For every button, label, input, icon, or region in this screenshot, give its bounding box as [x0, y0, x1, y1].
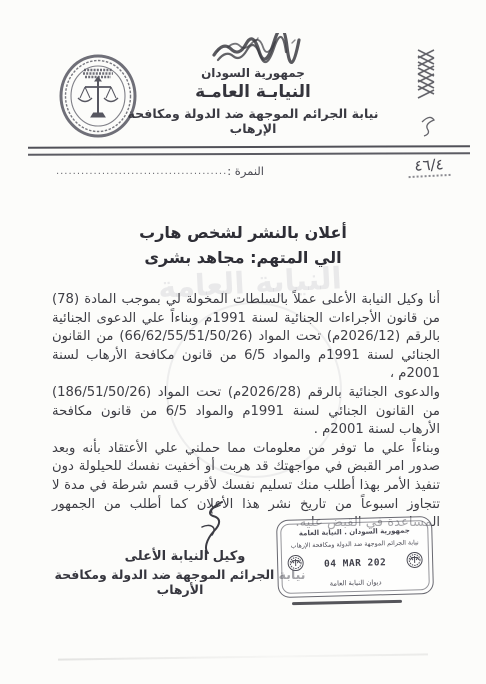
- signer-role: وكيل النيابة الأعلى: [75, 549, 295, 564]
- stamp-seal-left-icon: [406, 551, 424, 572]
- reference-leader-dots: ........................................…: [55, 166, 227, 177]
- stamp-line-1: جمهورية السودان . النيابة العامة: [285, 526, 423, 538]
- stamp-seal-right-icon: [287, 554, 305, 575]
- scanned-document-page: جمهورية السودان النيابـة العامـة نيابة ا…: [0, 0, 486, 684]
- notice-title: أعلان بالنشر لشخص هارب: [0, 221, 486, 246]
- stamp-line-2: نيابة الجرائم الموجهة ضد الدولة ومكافحة …: [286, 539, 424, 550]
- reference-number-handwritten: ٤٦/٤: [386, 154, 473, 176]
- legal-paragraph-1: أنا وكيل النيابة الأعلى عملاً بالسلطات ا…: [52, 291, 440, 384]
- stamp-footer-line: ديوان النيابة العامة: [287, 577, 425, 589]
- header-divider: [28, 145, 470, 156]
- org-title: النيابـة العامـة: [118, 82, 388, 102]
- dept-title: نيابة الجرائم الموجهة ضد الدولة ومكافحة …: [118, 106, 388, 136]
- header-title-block: جمهورية السودان النيابـة العامـة نيابة ا…: [118, 66, 388, 136]
- reference-number-row: النمرة : ...............................…: [34, 164, 264, 178]
- notice-title-block: أعلان بالنشر لشخص هارب الي المتهم: مجاهد…: [0, 221, 486, 271]
- legal-body: أنا وكيل النيابة الأعلى عملاً بالسلطات ا…: [52, 291, 440, 533]
- scan-smudge: [58, 653, 428, 660]
- pen-scribble-icon: [412, 46, 442, 155]
- office-stamp-inner: جمهورية السودان . النيابة العامة نيابة ا…: [280, 520, 430, 594]
- reference-number-label: النمرة :: [227, 164, 264, 178]
- stamp-date: 04 MAR 202: [324, 557, 386, 570]
- stamp-middle-row: 04 MAR 202: [286, 551, 425, 576]
- country-title: جمهورية السودان: [118, 66, 388, 80]
- ink-line: [292, 600, 402, 605]
- reference-number-value: ٤٦/٤: [408, 155, 450, 178]
- office-stamp: جمهورية السودان . النيابة العامة نيابة ا…: [276, 516, 434, 598]
- legal-paragraph-2: والدعوى الجنائية بالرقم (2026/28م) تحت ا…: [52, 384, 440, 440]
